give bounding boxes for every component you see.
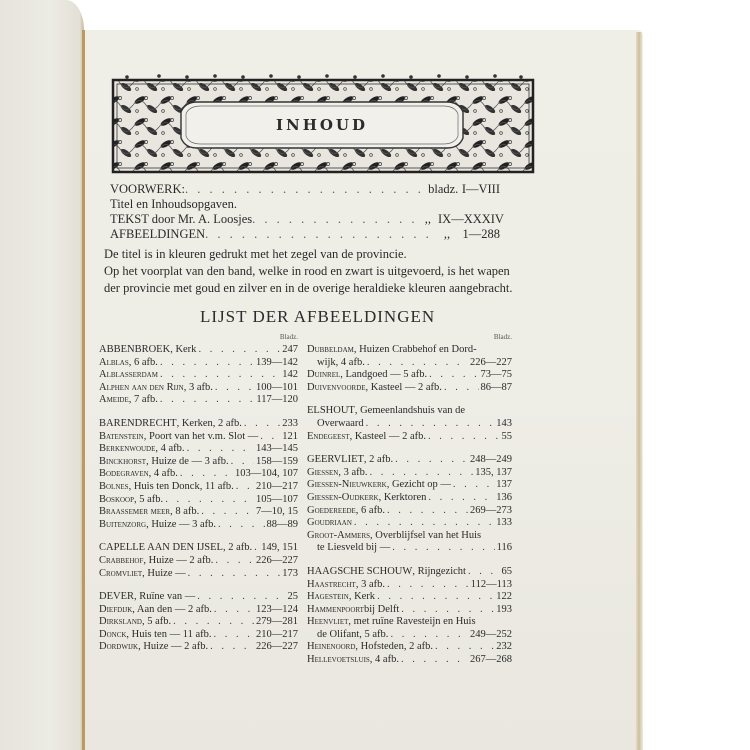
leader-dots: . . . . . . . . . . . . . . . . . . . . <box>186 568 281 581</box>
place-name: Goudriaan <box>307 517 352 530</box>
leader-dots: . . . . . . . . . . . . . . . . . . . . <box>426 431 500 444</box>
list-item: Cromvliet, Huize — . . . . . . . . . . .… <box>99 568 298 581</box>
entry-description: , Gemeenlandshuis van de <box>355 405 465 418</box>
place-name: BARENDRECHT <box>99 418 177 431</box>
toc-prefix: ,, <box>433 227 461 242</box>
bladz-label: Bladz. <box>99 330 298 344</box>
page-numbers: 226—227 <box>254 641 298 654</box>
list-item: Berkenwoude, 4 afb. . . . . . . . . . . … <box>99 443 298 456</box>
place-name: Giessen <box>307 467 338 480</box>
list-item: Diefdijk, Aan den — 2 afb. . . . . . . .… <box>99 604 298 617</box>
list-item: Giessen-Nieuwkerk, Gezicht op — . . . . … <box>307 479 512 492</box>
entry-description: , 6 afb. <box>129 357 158 370</box>
toc-label: TEKST door Mr. A. Loosjes <box>110 212 252 227</box>
entry-description: , 6 afb. <box>356 505 385 518</box>
place-name: Donck <box>99 629 126 642</box>
toc-pages: IX—XXXIV <box>438 212 500 227</box>
page-numbers: 123—124 <box>254 604 298 617</box>
entry-description: bij Delft <box>364 604 399 617</box>
list-item: Endegeest, Kasteel — 2 afb. . . . . . . … <box>307 431 512 444</box>
leader-dots: . . . . . . . . . . . . . . . . . . . . <box>208 641 254 654</box>
page-numbers: 233 <box>280 418 298 431</box>
list-item: Batenstein, Poort van het v.m. Slot — . … <box>99 431 298 444</box>
list-item: Dirksland, 5 afb. . . . . . . . . . . . … <box>99 616 298 629</box>
page-numbers: 73—75 <box>479 369 513 382</box>
place-name: Endegeest <box>307 431 350 444</box>
list-item: Alblasserdam . . . . . . . . . . . . . .… <box>99 369 298 382</box>
leader-dots: . . . . . . . . . . . . . . . . . . . . <box>211 629 254 642</box>
place-name: Ameide <box>99 394 129 407</box>
list-item-continuation: wijk, 4 afb. . . . . . . . . . . . . . .… <box>307 357 512 370</box>
leader-dots: . . . . . . . . . . . . . . . . . . . . <box>426 492 494 505</box>
place-name: CAPELLE AAN DEN IJSEL <box>99 542 223 555</box>
place-name: Heinenoord <box>307 641 355 654</box>
leader-dots: . . . . . . . . . . . . . . . . . . . . <box>171 616 254 629</box>
place-name: Batenstein <box>99 431 144 444</box>
place-name: Duinrel <box>307 369 340 382</box>
leader-dots: . . . . . . . . . . . . . . . . . . . . <box>199 506 254 519</box>
entry-description: , Kerktoren <box>379 492 427 505</box>
list-item: Boskoop, 5 afb. . . . . . . . . . . . . … <box>99 494 298 507</box>
leader-dots: . . . . . . . . . . . . . . . . . . . . <box>158 394 254 407</box>
entry-description: , 5 afb. <box>142 616 171 629</box>
leader-dots: . . . . . . . . . . . . . . . . . . . . <box>388 629 468 642</box>
page-numbers: 122 <box>494 591 512 604</box>
leader-dots: . . . . . . . . . . . . . . . . . . . . <box>433 641 494 654</box>
entry-description: , 4 afb. <box>155 443 184 456</box>
entry-description: , Kerken, 2 afb. <box>177 418 242 431</box>
list-item: Donck, Huis ten — 11 afb. . . . . . . . … <box>99 629 298 642</box>
list-item-continuation: te Liesveld bij — . . . . . . . . . . . … <box>307 542 512 555</box>
leader-dots: . . . . . . . . . . . . . . . . . . . . <box>390 542 494 555</box>
place-name: HAAGSCHE SCHOUW <box>307 566 412 579</box>
page-numbers: 25 <box>286 591 299 604</box>
entry-description: , Aan den — 2 afb. <box>132 604 212 617</box>
leader-dots: . . . . . . . . . . . . . . . . . . . . <box>385 505 468 518</box>
leader-dots: . . . . . . . . . . . . . . . . . . . . <box>399 654 468 667</box>
leader-dots: . . . . . . . . . . . . . . . . . . . . … <box>185 182 428 197</box>
leader-dots: . . . . . . . . . . . . . . . . . . . . <box>364 418 495 431</box>
list-item: Hammenpoort bij Delft . . . . . . . . . … <box>307 604 512 617</box>
list-item: DEVER, Ruïne van — . . . . . . . . . . .… <box>99 591 298 604</box>
page-numbers: 133 <box>494 517 512 530</box>
toc-pages: 1—288 <box>461 227 500 242</box>
toc-pages: I—VIII <box>458 182 500 197</box>
place-name: Haastrecht <box>307 579 356 592</box>
leader-dots: . . . . . . . . . . . . . . . . . . . . <box>216 519 264 532</box>
list-item: Hagestein, Kerk . . . . . . . . . . . . … <box>307 591 512 604</box>
place-name: Heenvliet <box>307 616 348 629</box>
toc-prefix: ,, <box>418 212 438 227</box>
page-numbers: 139—142 <box>254 357 298 370</box>
place-name: ELSHOUT <box>307 405 355 418</box>
entry-description: , 3 afb. <box>184 382 213 395</box>
group-gap <box>99 407 298 418</box>
entry-description: , 4 afb. <box>370 654 399 667</box>
entry-description: , 3 afb. <box>356 579 385 592</box>
note-line: De titel is in kleuren gedrukt met het z… <box>104 246 524 263</box>
leader-dots: . . . . . . . . . . . . . . . . . . . . <box>229 456 254 469</box>
toc-prefix: bladz. <box>428 182 458 197</box>
leader-dots: . . . . . . . . . . . . . . . . . . . . <box>213 382 254 395</box>
page-numbers: 135, 137 <box>473 467 512 480</box>
list-item: ABBENBROEK, Kerk . . . . . . . . . . . .… <box>99 344 298 357</box>
entry-description: , Huize — <box>142 568 185 581</box>
page-numbers: 65 <box>500 566 513 579</box>
entry-description: , 2 afb. <box>364 454 393 467</box>
entry-description: , 3 afb. <box>338 467 367 480</box>
place-name: Binckhorst <box>99 456 146 469</box>
leader-dots: . . . . . . . . . . . . . . . . . . . . <box>365 357 468 370</box>
leader-dots: . . . . . . . . . . . . . . . . . . . . <box>367 467 473 480</box>
list-item: ELSHOUT, Gemeenlandshuis van de <box>307 405 512 418</box>
group-gap <box>99 531 298 542</box>
entry-description: Overwaard <box>317 418 364 431</box>
page-numbers: 210—217 <box>254 481 298 494</box>
place-name: Dubbeldam <box>307 344 354 357</box>
leader-dots: . . . . . . . . . . . . . . . . . . . . <box>213 555 254 568</box>
left-page <box>0 0 84 750</box>
place-name: Dordwijk <box>99 641 138 654</box>
page-numbers: 232 <box>494 641 512 654</box>
page-numbers: 149, 151 <box>259 542 298 555</box>
leader-dots: . . . . . . . . . . . . . . . . . . . . <box>442 382 479 395</box>
list-item: Groot-Ammers, Overblijfsel van het Huis <box>307 530 512 543</box>
group-gap <box>307 555 512 566</box>
entry-description: , 8 afb. <box>170 506 199 519</box>
entry-description: , Rijngezicht <box>412 566 466 579</box>
leader-dots: . . . . . . . . . . . . . . . . . . . . <box>385 579 469 592</box>
toc-row-tekst: TEKST door Mr. A. Loosjes . . . . . . . … <box>110 212 500 227</box>
entry-description: , Kasteel — 2 afb. <box>350 431 426 444</box>
group-gap <box>307 394 512 405</box>
entry-description: , Ruïne van — <box>134 591 195 604</box>
group-gap <box>307 443 512 454</box>
leader-dots: . . . . . . . . . . . . . . . . . . . . <box>399 604 494 617</box>
list-item: Dubbeldam, Huizen Crabbehof en Dord- <box>307 344 512 357</box>
place-name: Berkenwoude <box>99 443 155 456</box>
list-item: BARENDRECHT, Kerken, 2 afb. . . . . . . … <box>99 418 298 431</box>
leader-dots: . . . . . . . . . . . . . . . . . . . . … <box>252 212 418 227</box>
page-numbers: 267—268 <box>468 654 512 667</box>
entry-description: , 2 afb. <box>223 542 252 555</box>
entry-description: , Huizen Crabbehof en Dord- <box>354 344 477 357</box>
place-name: GEERVLIET <box>307 454 364 467</box>
entry-description: de Olifant, 5 afb. <box>317 629 388 642</box>
list-item: Duinrel, Landgoed — 5 afb. . . . . . . .… <box>307 369 512 382</box>
page-title: INHOUD <box>247 102 397 148</box>
entry-description: , Poort van het v.m. Slot — <box>144 431 259 444</box>
page-numbers: 116 <box>495 542 512 555</box>
leader-dots: . . . . . . . . . . . . . . . . . . . . <box>427 369 478 382</box>
list-item: Alblas, 6 afb. . . . . . . . . . . . . .… <box>99 357 298 370</box>
list-item: Giessen-Oudkerk, Kerktoren . . . . . . .… <box>307 492 512 505</box>
entry-description: wijk, 4 afb. <box>317 357 365 370</box>
place-name: Groot-Ammers <box>307 530 370 543</box>
entry-description: , Overblijfsel van het Huis <box>370 530 481 543</box>
leader-dots: . . . . . . . . . . . . . . . . . . . . <box>212 604 254 617</box>
entry-description: , Huize — 2 afb. <box>143 555 213 568</box>
place-name: Dirksland <box>99 616 142 629</box>
entry-description: , Huize de — 3 afb. <box>146 456 229 469</box>
toc-label: Titel en Inhoudsopgaven. <box>110 197 237 212</box>
place-name: Bolnes <box>99 481 129 494</box>
list-item: Goudriaan . . . . . . . . . . . . . . . … <box>307 517 512 530</box>
place-name: ABBENBROEK <box>99 344 170 357</box>
list-item: Braassemer meer, 8 afb. . . . . . . . . … <box>99 506 298 519</box>
place-name: Hammenpoort <box>307 604 364 617</box>
illustrations-list-right: Bladz. Dubbeldam, Huizen Crabbehof en Do… <box>307 330 512 667</box>
page-numbers: 112—113 <box>469 579 512 592</box>
place-name: Alblasserdam <box>99 369 158 382</box>
place-name: Buitenzorg <box>99 519 146 532</box>
leader-dots: . . . . . . . . . . . . . . . . . . . . <box>352 517 494 530</box>
toc-label: VOORWERK: <box>110 182 185 197</box>
entry-description: , Gezicht op — <box>387 479 451 492</box>
illustrations-list-left: Bladz. ABBENBROEK, Kerk . . . . . . . . … <box>99 330 298 654</box>
page-numbers: 55 <box>500 431 513 444</box>
entry-description: , met ruïne Ravesteijn en Huis <box>348 616 475 629</box>
page-numbers: 105—107 <box>254 494 298 507</box>
place-name: Giessen-Oudkerk <box>307 492 379 505</box>
list-item: Duivenvoorde, Kasteel — 2 afb. . . . . .… <box>307 382 512 395</box>
entry-description: , Landgoed — 5 afb. <box>340 369 427 382</box>
leader-dots: . . . . . . . . . . . . . . . . . . . . <box>158 369 280 382</box>
list-item: Bodegraven, 4 afb. . . . . . . . . . . .… <box>99 468 298 481</box>
list-item: Alphen aan den Rijn, 3 afb. . . . . . . … <box>99 382 298 395</box>
place-name: Alblas <box>99 357 129 370</box>
leader-dots: . . . . . . . . . . . . . . . . . . . . <box>178 468 233 481</box>
page-numbers: 137 <box>494 479 512 492</box>
place-name: Cromvliet <box>99 568 142 581</box>
place-name: Bodegraven <box>99 468 149 481</box>
page-numbers: 247 <box>280 344 298 357</box>
entry-description: , Huis ten — 11 afb. <box>126 629 211 642</box>
list-item-continuation: de Olifant, 5 afb. . . . . . . . . . . .… <box>307 629 512 642</box>
toc-row-titel: Titel en Inhoudsopgaven. <box>110 197 500 212</box>
place-name: Hellevoetsluis <box>307 654 370 667</box>
leader-dots: . . . . . . . . . . . . . . . . . . . . <box>196 344 280 357</box>
entry-description: , Hofsteden, 2 afb. <box>355 641 433 654</box>
list-item: GEERVLIET, 2 afb. . . . . . . . . . . . … <box>307 454 512 467</box>
page-numbers: 86—87 <box>479 382 513 395</box>
page-numbers: 269—273 <box>468 505 512 518</box>
toc-label: AFBEELDINGEN <box>110 227 205 242</box>
note-line: Op het voorplat van den band, welke in r… <box>104 263 524 297</box>
leader-dots: . . . . . . . . . . . . . . . . . . . . <box>258 431 280 444</box>
entry-description: , 4 afb. <box>149 468 178 481</box>
leader-dots: . . . . . . . . . . . . . . . . . . . . <box>393 454 468 467</box>
entry-description: , 5 afb. <box>134 494 163 507</box>
page-numbers: 158—159 <box>254 456 298 469</box>
place-name: Diefdijk <box>99 604 132 617</box>
page-numbers: 226—227 <box>468 357 512 370</box>
list-item: Binckhorst, Huize de — 3 afb. . . . . . … <box>99 456 298 469</box>
leader-dots: . . . . . . . . . . . . . . . . . . . . <box>466 566 500 579</box>
entry-description: , Huize — 3 afb. <box>146 519 216 532</box>
table-of-contents: VOORWERK: . . . . . . . . . . . . . . . … <box>110 182 500 242</box>
page-numbers: 100—101 <box>254 382 298 395</box>
ornamental-header-frame: INHOUD <box>107 72 539 176</box>
place-name: Giessen-Nieuwkerk <box>307 479 387 492</box>
toc-row-afbeeldingen: AFBEELDINGEN . . . . . . . . . . . . . .… <box>110 227 500 242</box>
page-numbers: 121 <box>280 431 298 444</box>
page-numbers: 103—104, 107 <box>233 468 298 481</box>
page-numbers: 173 <box>280 568 298 581</box>
place-name: DEVER <box>99 591 134 604</box>
page-numbers: 249—252 <box>468 629 512 642</box>
list-item: Dordwijk, Huize — 2 afb. . . . . . . . .… <box>99 641 298 654</box>
page-numbers: 136 <box>494 492 512 505</box>
group-gap <box>99 580 298 591</box>
toc-row-voorwerk: VOORWERK: . . . . . . . . . . . . . . . … <box>110 182 500 197</box>
page-numbers: 210—217 <box>254 629 298 642</box>
list-item: Goedereede, 6 afb. . . . . . . . . . . .… <box>307 505 512 518</box>
section-title: LIJST DER AFBEELDINGEN <box>200 307 435 327</box>
page-edge <box>636 32 642 750</box>
page-numbers: 143 <box>494 418 512 431</box>
leader-dots: . . . . . . . . . . . . . . . . . . . . <box>242 418 280 431</box>
page-numbers: 117—120 <box>254 394 298 407</box>
page-numbers: 248—249 <box>468 454 512 467</box>
list-item: HAAGSCHE SCHOUW, Rijngezicht . . . . . .… <box>307 566 512 579</box>
page-numbers: 279—281 <box>254 616 298 629</box>
entry-description: , Kerk <box>349 591 375 604</box>
place-name: Goedereede <box>307 505 356 518</box>
bladz-label: Bladz. <box>307 330 512 344</box>
list-item-continuation: Overwaard . . . . . . . . . . . . . . . … <box>307 418 512 431</box>
page-numbers: 88—89 <box>265 519 299 532</box>
leader-dots: . . . . . . . . . . . . . . . . . . . . <box>158 357 254 370</box>
leader-dots: . . . . . . . . . . . . . . . . . . . . <box>252 542 259 555</box>
list-item: Crabbehof, Huize — 2 afb. . . . . . . . … <box>99 555 298 568</box>
place-name: Duivenvoorde <box>307 382 366 395</box>
entry-description: , Huis ten Donck, 11 afb. <box>129 481 234 494</box>
entry-description: , Kerk <box>170 344 196 357</box>
leader-dots: . . . . . . . . . . . . . . . . . . . . <box>163 494 254 507</box>
place-name: Crabbehof <box>99 555 143 568</box>
place-name: Boskoop <box>99 494 134 507</box>
title-notes: De titel is in kleuren gedrukt met het z… <box>104 246 524 297</box>
leader-dots: . . . . . . . . . . . . . . . . . . . . … <box>205 227 433 242</box>
entry-description: te Liesveld bij — <box>317 542 390 555</box>
page-numbers: 142 <box>280 369 298 382</box>
place-name: Hagestein <box>307 591 349 604</box>
list-item: Heinenoord, Hofsteden, 2 afb. . . . . . … <box>307 641 512 654</box>
list-item: Haastrecht, 3 afb. . . . . . . . . . . .… <box>307 579 512 592</box>
list-item: Bolnes, Huis ten Donck, 11 afb. . . . . … <box>99 481 298 494</box>
page-numbers: 143—145 <box>254 443 298 456</box>
list-item: Heenvliet, met ruïne Ravesteijn en Huis <box>307 616 512 629</box>
list-item: CAPELLE AAN DEN IJSEL, 2 afb. . . . . . … <box>99 542 298 555</box>
entry-description: , Huize — 2 afb. <box>138 641 208 654</box>
place-name: Braassemer meer <box>99 506 170 519</box>
leader-dots: . . . . . . . . . . . . . . . . . . . . <box>195 591 285 604</box>
page-numbers: 226—227 <box>254 555 298 568</box>
page-numbers: 7—10, 15 <box>254 506 298 519</box>
leader-dots: . . . . . . . . . . . . . . . . . . . . <box>234 481 254 494</box>
list-item: Giessen, 3 afb. . . . . . . . . . . . . … <box>307 467 512 480</box>
list-item: Hellevoetsluis, 4 afb. . . . . . . . . .… <box>307 654 512 667</box>
list-item: Buitenzorg, Huize — 3 afb. . . . . . . .… <box>99 519 298 532</box>
page-numbers: 193 <box>494 604 512 617</box>
entry-description: , Kasteel — 2 afb. <box>366 382 442 395</box>
leader-dots: . . . . . . . . . . . . . . . . . . . . <box>375 591 494 604</box>
leader-dots: . . . . . . . . . . . . . . . . . . . . <box>185 443 254 456</box>
place-name: Alphen aan den Rijn <box>99 382 184 395</box>
list-item: Ameide, 7 afb. . . . . . . . . . . . . .… <box>99 394 298 407</box>
leader-dots: . . . . . . . . . . . . . . . . . . . . <box>451 479 494 492</box>
entry-description: , 7 afb. <box>129 394 158 407</box>
